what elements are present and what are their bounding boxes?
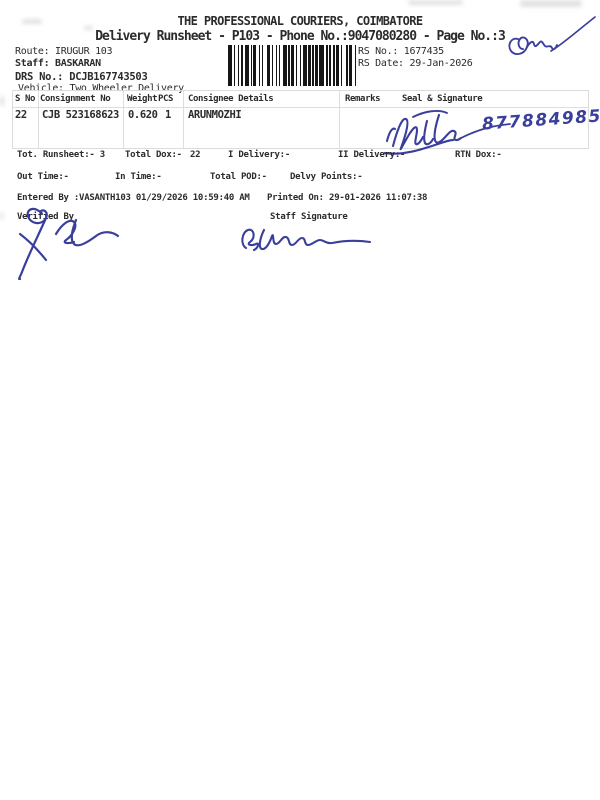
col-header-remarks: Remarks [345,94,380,104]
table-gridline [123,91,124,148]
rtn-dox: RTN Dox:- [455,150,502,160]
route-field: Route: IRUGUR 103 [15,46,112,57]
scan-smudge [408,0,463,5]
table-gridline [339,91,340,148]
i-delivery: I Delivery:- [228,150,290,160]
total-runsheet: Tot. Runsheet:- 3 [17,150,105,160]
printed-on: Printed On: 29-01-2026 11:07:38 [267,193,427,203]
scan-smudge [0,96,4,106]
col-header-s-no: S No [15,94,35,104]
handwritten-done-annotation [494,8,600,64]
rs-no-field: RS No.: 1677435 [358,46,444,57]
scan-smudge [520,0,582,7]
col-header-weight: Weight [127,94,157,104]
row-pcs: 1 [165,109,171,121]
staff-field: Staff: BASKARAN [15,58,101,69]
col-header-consignee-details: Consignee Details [188,94,273,104]
row-consignment-no: CJB 523168623 [42,109,119,121]
drs-no-field: DRS No.: DCJB167743503 [15,71,147,83]
total-dox-label: Total Dox:- [125,150,182,160]
in-time: In Time:- [115,172,162,182]
rs-date-field: RS Date: 29-Jan-2026 [358,58,472,69]
col-header-consignment-no: Consignment No [40,94,110,104]
total-dox-value: 22 [190,150,200,160]
out-time: Out Time:- [17,172,69,182]
table-gridline [183,91,184,148]
scan-smudge [0,212,3,220]
verified-by-signature-ink [12,200,127,280]
barcode-bar [355,45,356,86]
row-consignee: ARUNMOZHI [188,109,241,121]
row-weight: 0.620 [128,109,158,121]
total-pod: Total POD:- [210,172,267,182]
col-header-pcs: PCS [158,94,173,104]
table-gridline [38,91,39,148]
row-s-no: 22 [15,109,27,121]
delvy-points: Delvy Points:- [290,172,362,182]
barcode-image [228,45,356,86]
ii-delivery: II Delivery:- [338,150,405,160]
scanned-delivery-runsheet: { "document": { "title": "THE PROFESSION… [0,0,600,800]
staff-signature-ink [234,218,379,258]
